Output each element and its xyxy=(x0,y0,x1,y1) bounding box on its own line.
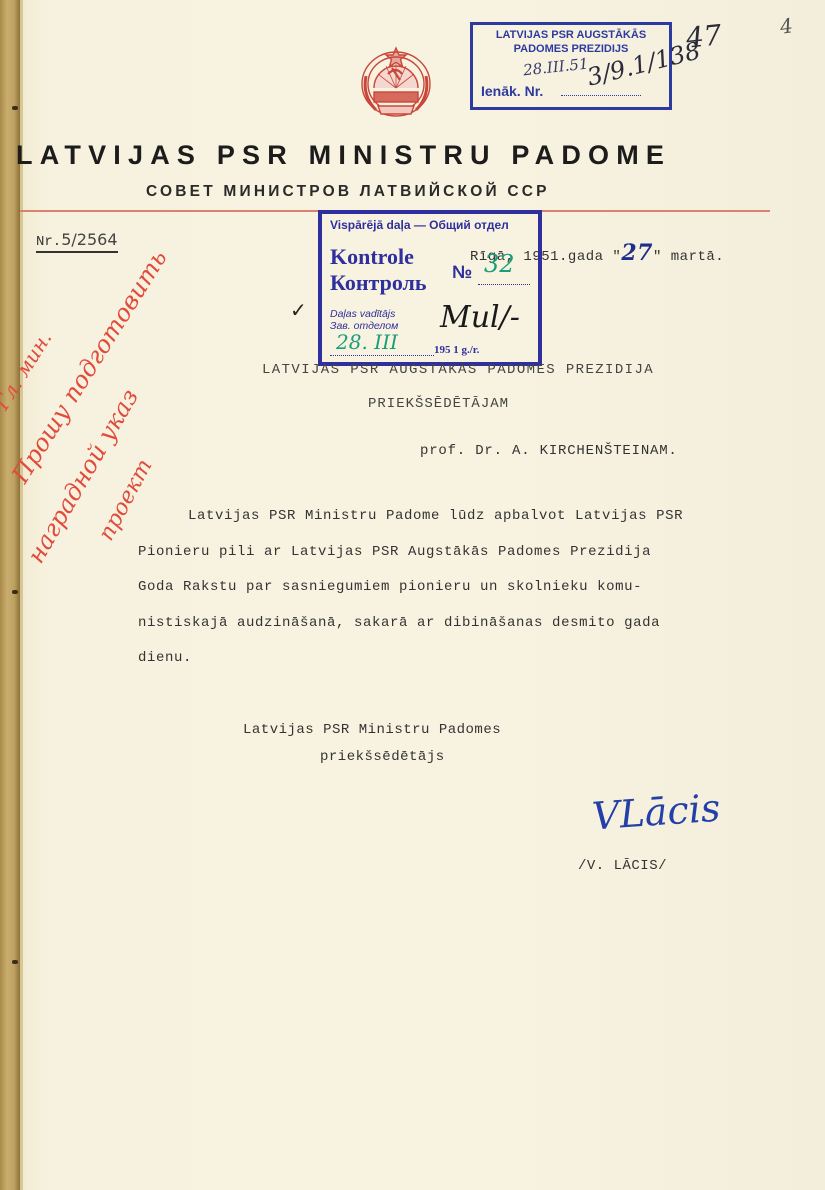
handwritten-signature: VLācis xyxy=(591,786,722,839)
binding-hole xyxy=(12,960,18,964)
resolution-line: Гл. мин. xyxy=(0,327,56,414)
handwritten-corner-number: 47 xyxy=(684,18,723,55)
body-line: dienu. xyxy=(138,650,778,686)
control-stamp-number-line xyxy=(478,284,530,285)
letterhead-title-latvian: LATVIJAS PSR MINISTRU PADOME xyxy=(16,140,671,171)
latvian-ssr-coat-of-arms-icon xyxy=(352,36,440,124)
date-month: " martā. xyxy=(653,249,724,265)
page-number: 4 xyxy=(778,13,794,39)
received-stamp-line1: LATVIJAS PSR AUGSTĀKĀS xyxy=(473,29,669,41)
received-stamp-date: 28.III.51 xyxy=(522,55,589,80)
reference-prefix: Nr. xyxy=(36,234,61,250)
control-stamp-signature: Mul/- xyxy=(440,300,520,335)
letterhead-title-russian: СОВЕТ МИНИСТРОВ ЛАТВИЙСКОЙ ССР xyxy=(146,183,550,201)
control-stamp-number-label: № xyxy=(452,262,472,283)
control-stamp-date: 28. III xyxy=(336,330,398,354)
signatory-title-line2: priekšsēdētājs xyxy=(320,749,445,765)
binding-edge xyxy=(20,0,23,1190)
body-line: Goda Rakstu par sasniegumiem pionieru un… xyxy=(138,579,778,615)
binding-spine xyxy=(0,0,20,1190)
control-stamp: Vispārējā daļa — Общий отдел Kontrole Ко… xyxy=(318,210,542,366)
control-stamp-word-lv: Kontrole xyxy=(330,244,414,270)
resolution-line: проект xyxy=(94,455,158,545)
control-stamp-header: Vispārējā daļa — Общий отдел xyxy=(330,218,509,232)
control-stamp-number: 32 xyxy=(484,250,515,278)
reference-value: 5/2564 xyxy=(61,230,117,249)
addressee-line2: PRIEKŠSĒDĒTĀJAM xyxy=(368,396,509,412)
received-stamp-dotted-line xyxy=(561,95,641,96)
binding-hole xyxy=(12,590,18,594)
received-stamp-label: Ienāk. Nr. xyxy=(481,83,543,99)
signatory-title-line1: Latvijas PSR Ministru Padomes xyxy=(243,722,501,738)
control-stamp-year: 195 1 g./r. xyxy=(434,344,479,356)
resolution-annotation: Гл. мин. Прошу подготовить наградной ука… xyxy=(6,250,326,550)
addressee-line3: prof. Dr. A. KIRCHENŠTEINAM. xyxy=(420,443,678,459)
control-stamp-date-line xyxy=(330,355,434,356)
date-day: 27 xyxy=(621,240,653,266)
control-stamp-head-label-lv: Daļas vadītājs xyxy=(330,308,395,320)
binding-hole xyxy=(12,106,18,110)
body-line: nistiskajā audzināšanā, sakarā ar dibinā… xyxy=(138,615,778,651)
signatory-name: /V. LĀCIS/ xyxy=(578,858,667,874)
control-stamp-word-ru: Контроль xyxy=(330,270,427,296)
